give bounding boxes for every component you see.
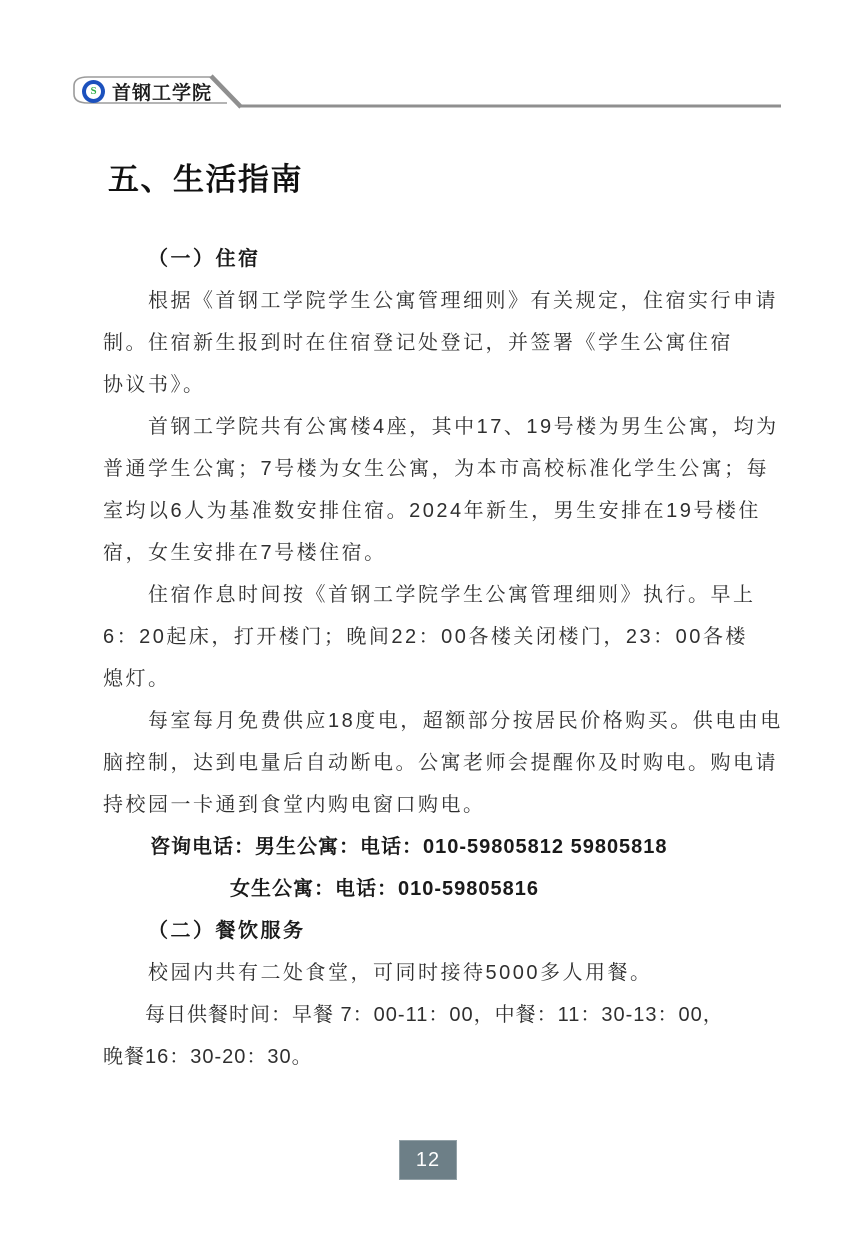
paragraph-canteens: 校园内共有二处食堂，可同时接待5000多人用餐。 <box>103 952 783 994</box>
paragraph-meal-times: 每日供餐时间：早餐 7：00-11：00，中餐：11：30-13：00， 晚餐1… <box>103 994 783 1078</box>
school-logo-monogram: S <box>86 84 101 99</box>
section-heading-accommodation: （一）住宿 <box>103 238 783 280</box>
school-name: 首钢工学院 <box>112 78 212 105</box>
paragraph-electricity: 每室每月免费供应18度电，超额部分按居民价格购买。供电由电 脑控制，达到电量后自… <box>103 700 783 826</box>
page-content: （一）住宿 根据《首钢工学院学生公寓管理细则》有关规定，住宿实行申请 制。住宿新… <box>103 238 783 1078</box>
document-page: S 首钢工学院 五、生活指南 （一）住宿 根据《首钢工学院学生公寓管理细则》有关… <box>0 0 857 1240</box>
section-heading-dining: （二）餐饮服务 <box>103 910 783 952</box>
contact-line-male-dorm: 咨询电话：男生公寓：电话：010-59805812 59805818 <box>103 826 783 868</box>
paragraph-dorm-buildings: 首钢工学院共有公寓楼4座，其中17、19号楼为男生公寓，均为 普通学生公寓；7号… <box>103 406 783 574</box>
school-logo-icon: S <box>82 80 105 103</box>
paragraph-dorm-schedule: 住宿作息时间按《首钢工学院学生公寓管理细则》执行。早上 6：20起床，打开楼门；… <box>103 574 783 700</box>
header-brand: S 首钢工学院 <box>82 79 212 104</box>
contact-line-female-dorm: 女生公寓：电话：010-59805816 <box>103 868 783 910</box>
paragraph-accommodation-policy: 根据《首钢工学院学生公寓管理细则》有关规定，住宿实行申请 制。住宿新生报到时在住… <box>103 280 783 406</box>
page-number-badge: 12 <box>399 1140 457 1180</box>
page-number: 12 <box>416 1149 440 1172</box>
